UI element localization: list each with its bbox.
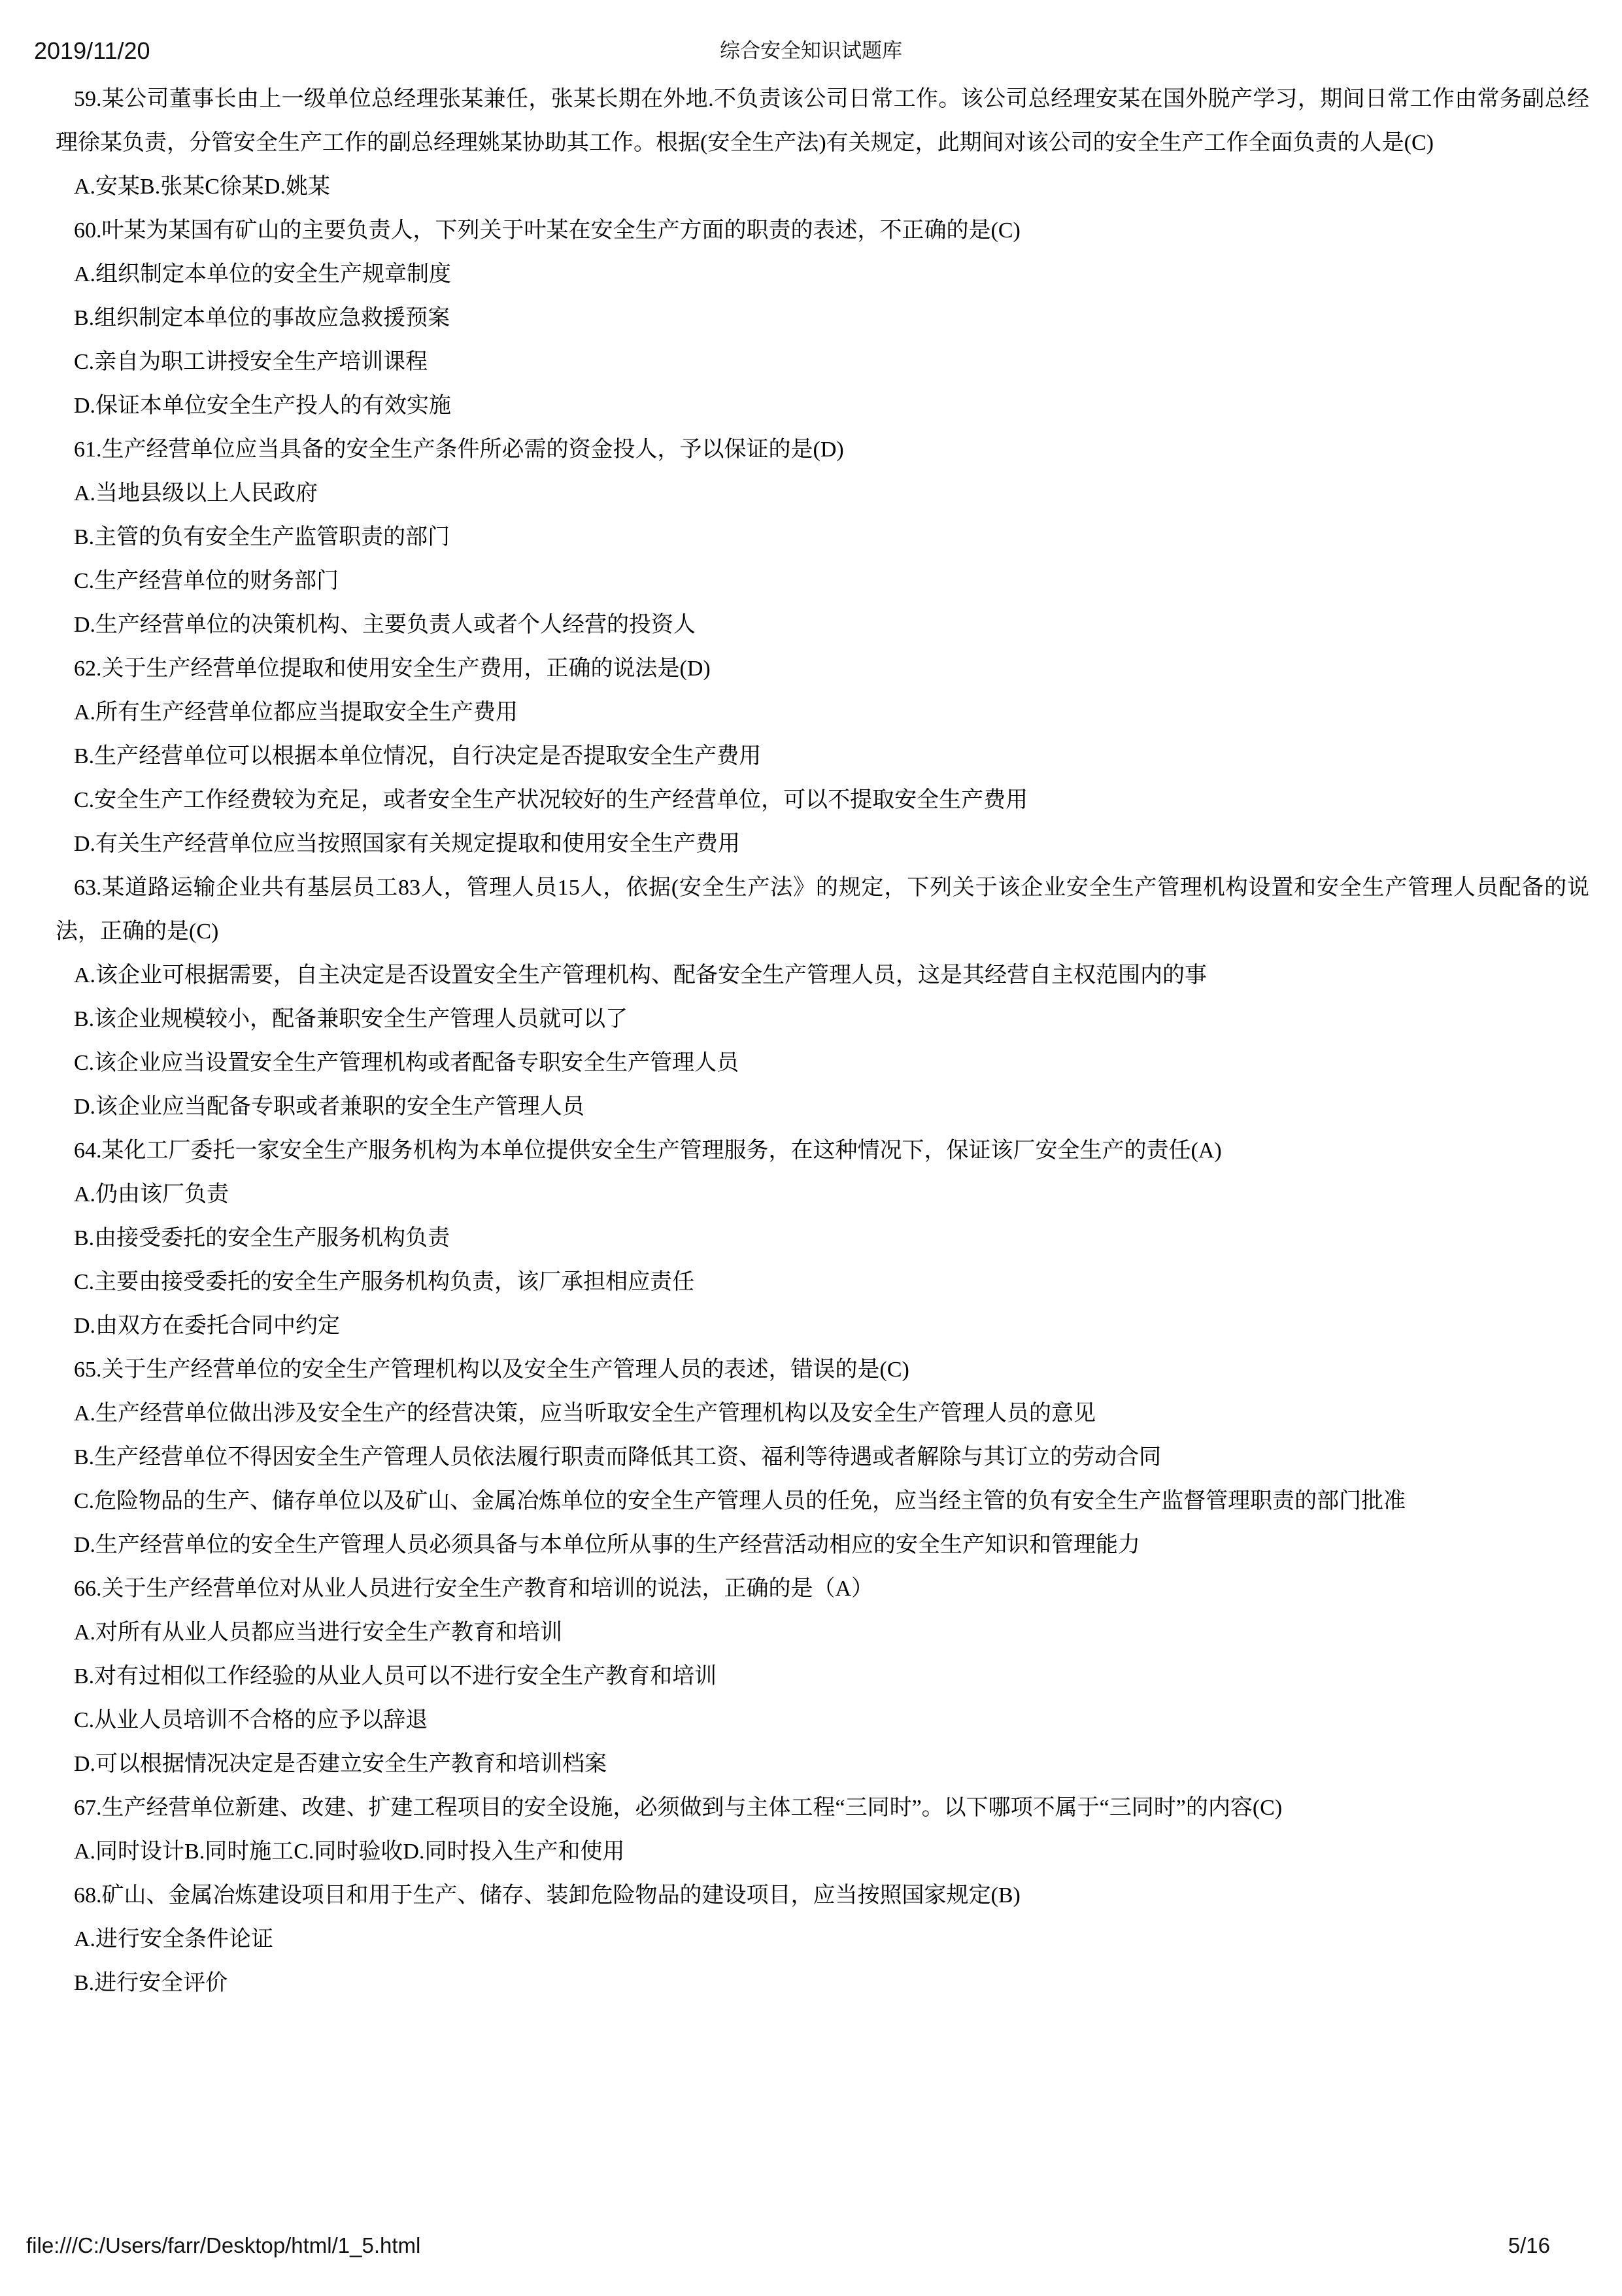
option-line: A.组织制定本单位的安全生产规章制度 [56, 252, 1589, 296]
option-line: A.安某B.张某C徐某D.姚某 [56, 165, 1589, 209]
option-line: B.进行安全评价 [56, 1961, 1589, 2005]
option-line: A.对所有从业人员都应当进行安全生产教育和培训 [56, 1611, 1589, 1654]
option-line: C.亲自为职工讲授安全生产培训课程 [56, 340, 1589, 384]
option-line: A.进行安全条件论证 [56, 1917, 1589, 1961]
option-line: C.从业人员培训不合格的应予以辞退 [56, 1698, 1589, 1742]
question-stem: 59.某公司董事长由上一级单位总经理张某兼任，张某长期在外地.不负责该公司日常工… [56, 77, 1589, 165]
option-line: C.危险物品的生产、储存单位以及矿山、金属冶炼单位的安全生产管理人员的任免，应当… [56, 1479, 1589, 1523]
question-stem: 67.生产经营单位新建、改建、扩建工程项目的安全设施，必须做到与主体工程“三同时… [56, 1786, 1589, 1830]
option-line: D.生产经营单位的安全生产管理人员必须具备与本单位所从事的生产经营活动相应的安全… [56, 1523, 1589, 1567]
option-line: B.对有过相似工作经验的从业人员可以不进行安全生产教育和培训 [56, 1654, 1589, 1698]
question-stem: 66.关于生产经营单位对从业人员进行安全生产教育和培训的说法，正确的是（A） [56, 1567, 1589, 1611]
option-line: A.所有生产经营单位都应当提取安全生产费用 [56, 691, 1589, 734]
question-stem: 68.矿山、金属冶炼建设项目和用于生产、储存、装卸危险物品的建设项目，应当按照国… [56, 1874, 1589, 1917]
option-line: D.生产经营单位的决策机构、主要负责人或者个人经营的投资人 [56, 603, 1589, 647]
print-footer: file:///C:/Users/farr/Desktop/html/1_5.h… [26, 2233, 1550, 2258]
questions: 59.某公司董事长由上一级单位总经理张某兼任，张某长期在外地.不负责该公司日常工… [56, 77, 1589, 2005]
option-line: B.生产经营单位可以根据本单位情况，自行决定是否提取安全生产费用 [56, 734, 1589, 778]
option-line: D.保证本单位安全生产投人的有效实施 [56, 384, 1589, 428]
option-line: D.有关生产经营单位应当按照国家有关规定提取和使用安全生产费用 [56, 822, 1589, 866]
option-line: D.该企业应当配备专职或者兼职的安全生产管理人员 [56, 1085, 1589, 1129]
question-stem: 63.某道路运输企业共有基层员工83人，管理人员15人，依据(安全生产法》的规定… [56, 866, 1589, 953]
option-line: D.由双方在委托合同中约定 [56, 1304, 1589, 1348]
option-line: A.仍由该厂负责 [56, 1173, 1589, 1216]
option-line: C.安全生产工作经费较为充足，或者安全生产状况较好的生产经营单位，可以不提取安全… [56, 778, 1589, 822]
option-line: B.主管的负有安全生产监管职责的部门 [56, 515, 1589, 559]
question-stem: 64.某化工厂委托一家安全生产服务机构为本单位提供安全生产管理服务，在这种情况下… [56, 1129, 1589, 1173]
question-stem: 60.叶某为某国有矿山的主要负责人，下列关于叶某在安全生产方面的职责的表述，不正… [56, 209, 1589, 252]
option-line: D.可以根据情况决定是否建立安全生产教育和培训档案 [56, 1742, 1589, 1786]
option-line: B.由接受委托的安全生产服务机构负责 [56, 1216, 1589, 1260]
question-stem: 62.关于生产经营单位提取和使用安全生产费用，正确的说法是(D) [56, 647, 1589, 691]
option-line: C.生产经营单位的财务部门 [56, 559, 1589, 603]
option-line: B.生产经营单位不得因安全生产管理人员依法履行职责而降低其工资、福利等待遇或者解… [56, 1435, 1589, 1479]
option-line: A.该企业可根据需要，自主决定是否设置安全生产管理机构、配备安全生产管理人员，这… [56, 953, 1589, 997]
question-stem: 65.关于生产经营单位的安全生产管理机构以及安全生产管理人员的表述，错误的是(C… [56, 1348, 1589, 1392]
footer-file-url: file:///C:/Users/farr/Desktop/html/1_5.h… [26, 2233, 420, 2258]
page-title: 综合安全知识试题库 [0, 39, 1622, 63]
option-line: B.该企业规模较小，配备兼职安全生产管理人员就可以了 [56, 997, 1589, 1041]
option-line: C.该企业应当设置安全生产管理机构或者配备专职安全生产管理人员 [56, 1041, 1589, 1085]
question-stem: 61.生产经营单位应当具备的安全生产条件所必需的资金投人，予以保证的是(D) [56, 428, 1589, 471]
option-line: A.同时设计B.同时施工C.同时验收D.同时投入生产和使用 [56, 1830, 1589, 1874]
option-line: B.组织制定本单位的事故应急救援预案 [56, 296, 1589, 340]
option-line: A.当地县级以上人民政府 [56, 471, 1589, 515]
footer-page-number: 5/16 [1508, 2233, 1550, 2258]
printed-page: 2019/11/20 综合安全知识试题库 59.某公司董事长由上一级单位总经理张… [0, 0, 1622, 2296]
option-line: A.生产经营单位做出涉及安全生产的经营决策，应当听取安全生产管理机构以及安全生产… [56, 1392, 1589, 1435]
option-line: C.主要由接受委托的安全生产服务机构负责，该厂承担相应责任 [56, 1260, 1589, 1304]
